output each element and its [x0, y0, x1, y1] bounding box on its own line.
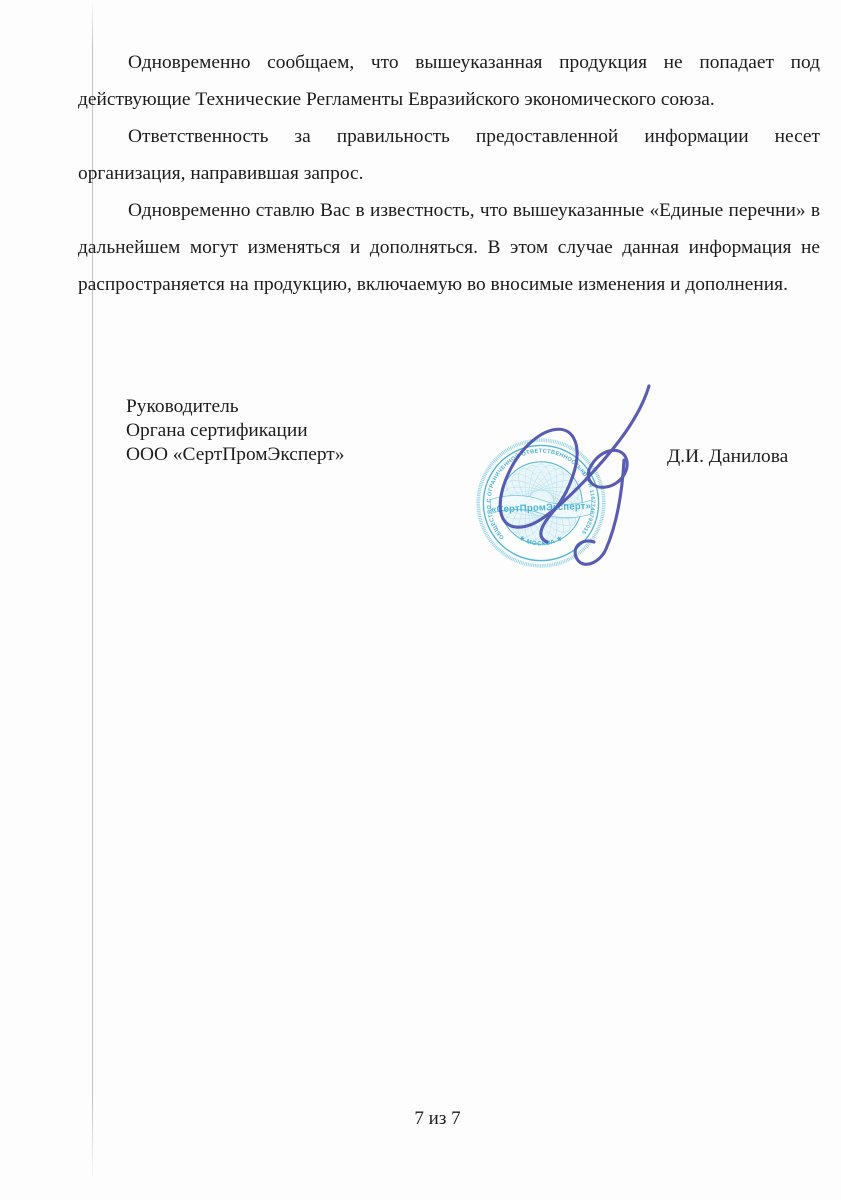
- handwritten-signature: [450, 370, 690, 580]
- page-number: 7 из 7: [34, 1108, 841, 1130]
- paragraph-3: Одновременно ставлю Вас в известность, ч…: [78, 192, 820, 303]
- letter-body: Одновременно сообщаем, что вышеуказанная…: [78, 44, 820, 303]
- signatory-title-line-2: Органа сертификации: [126, 419, 344, 443]
- signatory-title-block: Руководитель Органа сертификации ООО «Се…: [126, 395, 344, 467]
- paragraph-1: Одновременно сообщаем, что вышеуказанная…: [78, 44, 820, 118]
- signatory-title-line-1: Руководитель: [126, 395, 344, 419]
- signatory-title-line-3: ООО «СертПромЭксперт»: [126, 443, 344, 467]
- paragraph-2: Ответственность за правильность предоста…: [78, 118, 820, 192]
- signature-stroke-tail: [575, 460, 624, 564]
- document-page: Одновременно сообщаем, что вышеуказанная…: [0, 0, 841, 1200]
